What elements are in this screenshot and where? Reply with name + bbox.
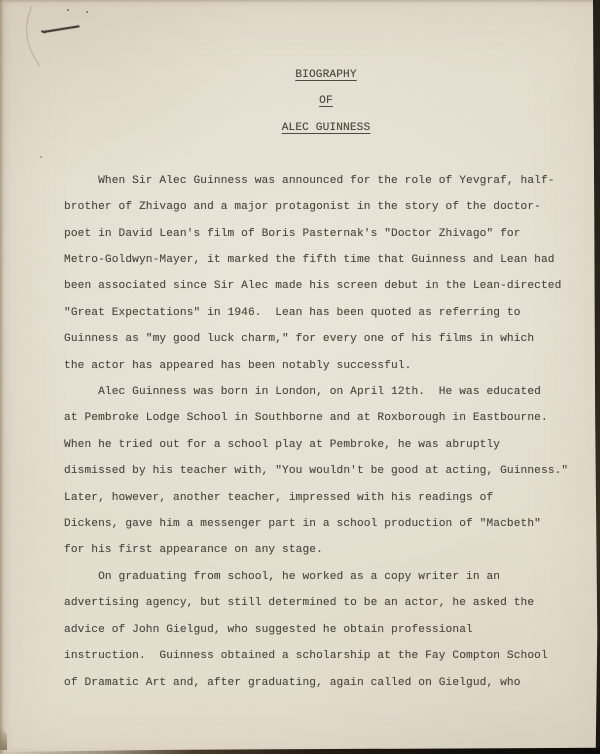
document-title-block: BIOGRAPHY OF ALEC GUINNESS — [26, 62, 600, 141]
pencil-dash-mark — [43, 25, 80, 33]
typewritten-line: advertising agency, but still determined… — [64, 590, 568, 616]
typewritten-line: Alec Guinness was born in London, on Apr… — [64, 379, 568, 405]
typewritten-line: dismissed by his teacher with, "You woul… — [64, 458, 568, 484]
typewritten-line: Later, however, another teacher, impress… — [64, 485, 568, 511]
typewritten-line: of Dramatic Art and, after graduating, a… — [64, 670, 568, 696]
typewritten-line: Metro-Goldwyn-Mayer, it marked the fifth… — [64, 247, 568, 273]
typewritten-line: been associated since Sir Alec made his … — [64, 273, 568, 299]
title-line-of: OF — [26, 88, 600, 114]
typewritten-line: On graduating from school, he worked as … — [64, 564, 568, 590]
title-line-alec-guinness: ALEC GUINNESS — [26, 115, 600, 141]
body-text: When Sir Alec Guinness was announced for… — [64, 168, 568, 696]
typewritten-line: Dickens, gave him a messenger part in a … — [64, 511, 568, 537]
typewritten-line: for his first appearance on any stage. — [64, 537, 568, 563]
typewritten-line: the actor has appeared has been notably … — [64, 353, 568, 379]
typewritten-line: advice of John Gielgud, who suggested he… — [64, 617, 568, 643]
typewritten-line: poet in David Lean's film of Boris Paste… — [64, 221, 568, 247]
page-edge-top-shadow — [0, 0, 600, 3]
typewritten-line: When he tried out for a school play at P… — [64, 432, 568, 458]
typewritten-line: instruction. Guinness obtained a scholar… — [64, 643, 568, 669]
title-line-biography: BIOGRAPHY — [26, 62, 600, 88]
ink-speck — [86, 11, 88, 13]
page-edge-bottom-dark-band — [0, 746, 600, 754]
typewritten-line: Guinness as "my good luck charm," for ev… — [64, 326, 568, 352]
page-edge-left-shadow — [0, 0, 4, 754]
ink-speck — [40, 156, 42, 158]
ink-speck — [67, 9, 69, 11]
scanned-typewritten-page: BIOGRAPHY OF ALEC GUINNESS When Sir Alec… — [0, 0, 600, 754]
typewritten-line: When Sir Alec Guinness was announced for… — [64, 168, 568, 194]
typewritten-line: "Great Expectations" in 1946. Lean has b… — [64, 300, 568, 326]
typewritten-line: at Pembroke Lodge School in Southborne a… — [64, 405, 568, 431]
typewritten-line: brother of Zhivago and a major protagoni… — [64, 194, 568, 220]
